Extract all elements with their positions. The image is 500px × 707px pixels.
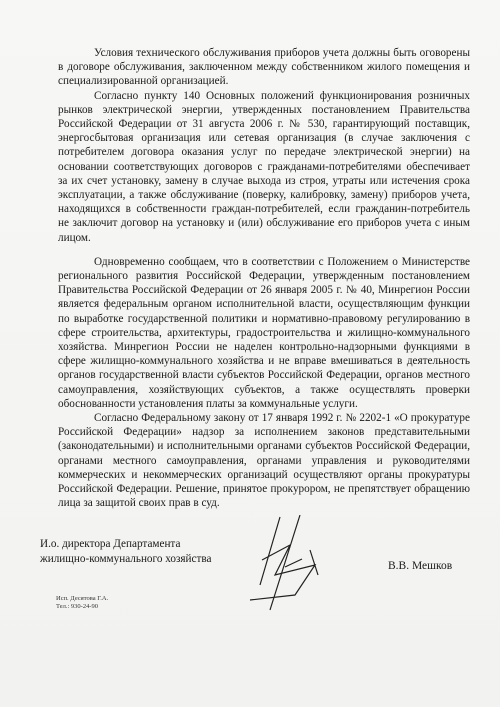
paragraph-4: Согласно Федеральному закону от 17 январ…: [58, 411, 470, 510]
paragraph-2: Согласно пункту 140 Основных положений ф…: [58, 89, 470, 245]
executor-phone: Тел.: 930-24-90: [56, 603, 108, 611]
executor-info: Исп. Десятова Г.А. Тел.: 930-24-90: [56, 595, 108, 611]
signatory-title-line2: жилищно-коммунального хозяйства: [40, 552, 212, 567]
executor-name: Исп. Десятова Г.А.: [56, 595, 108, 603]
letter-body: Условия технического обслуживания прибор…: [58, 46, 470, 511]
paragraph-3: Одновременно сообщаем, что в соответстви…: [58, 255, 470, 411]
document-page: Условия технического обслуживания прибор…: [0, 0, 500, 707]
signatory-title-line1: И.о. директора Департамента: [40, 537, 212, 552]
signatory-title: И.о. директора Департамента жилищно-комм…: [40, 537, 212, 566]
handwritten-signature-icon: [240, 515, 360, 615]
paragraph-1: Условия технического обслуживания прибор…: [58, 46, 470, 89]
signatory-name: В.В. Мешков: [388, 560, 452, 572]
